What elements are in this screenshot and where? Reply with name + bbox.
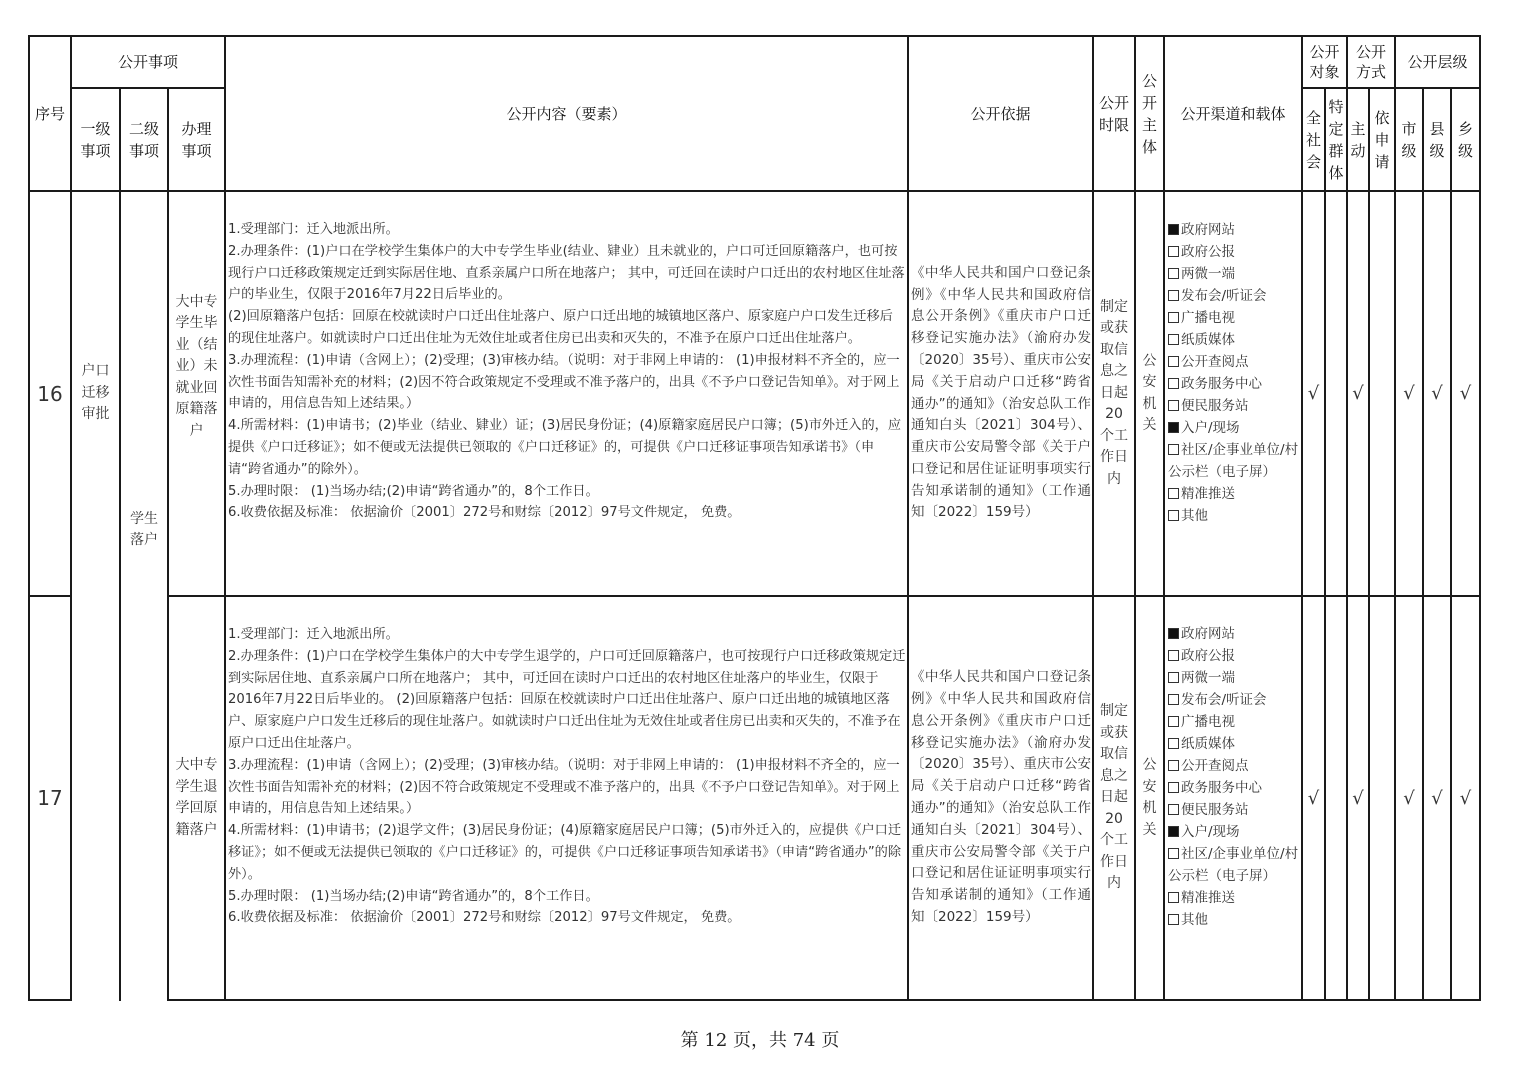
content-item: 3.办理流程：(1)申请（含网上）；(2)受理；(3)审核办结。（说明：对于非网… bbox=[228, 350, 906, 415]
unchecked-box-icon bbox=[1168, 782, 1179, 793]
channel-label: 纸质媒体 bbox=[1181, 332, 1235, 348]
row-target-specific bbox=[1326, 192, 1346, 595]
checked-box-icon bbox=[1168, 224, 1179, 235]
channel-item: 纸质媒体 bbox=[1168, 329, 1300, 351]
channel-label: 公开查阅点 bbox=[1181, 758, 1249, 774]
channel-item: 两微一端 bbox=[1168, 263, 1300, 285]
unchecked-box-icon bbox=[1168, 378, 1179, 389]
row-method-active: √ bbox=[1348, 597, 1368, 999]
row-handle: 大中专学生退学回原籍落户 bbox=[169, 597, 224, 999]
row-basis: 《中华人民共和国户口登记条例》《中华人民共和国政府信息公开条例》《重庆市户口迁移… bbox=[911, 597, 1091, 999]
row-method-active: √ bbox=[1348, 192, 1368, 595]
channel-label: 便民服务站 bbox=[1181, 802, 1249, 818]
header-basis: 公开依据 bbox=[909, 37, 1092, 190]
content-item: 3.办理流程：(1)申请（含网上）；(2)受理；(3)审核办结。（说明：对于非网… bbox=[228, 755, 906, 820]
row-target-specific bbox=[1326, 597, 1346, 999]
channel-label: 政府公报 bbox=[1181, 244, 1235, 260]
channel-item: 政务服务中心 bbox=[1168, 777, 1300, 799]
header-level1: 一级事项 bbox=[72, 89, 119, 190]
checked-box-icon bbox=[1168, 826, 1179, 837]
row-handle: 大中专学生毕业（结业）未就业回原籍落户 bbox=[169, 192, 224, 522]
header-level: 公开层级 bbox=[1396, 37, 1479, 87]
content-item: 4.所需材料：(1)申请书；(2)退学文件；(3)居民身份证；(4)原籍家庭居民… bbox=[228, 820, 906, 885]
unchecked-box-icon bbox=[1168, 488, 1179, 499]
channel-label: 便民服务站 bbox=[1181, 398, 1249, 414]
channel-list: 政府网站政府公报两微一端发布会/听证会广播电视纸质媒体公开查阅点政务服务中心便民… bbox=[1168, 219, 1300, 527]
content-item: 5.办理时限： (1)当场办结;(2)申请“跨省通办”的，8个工作日。 bbox=[228, 481, 906, 503]
header-level-county: 县级 bbox=[1424, 89, 1450, 190]
row-separator bbox=[167, 595, 1481, 597]
header-content: 公开内容（要素） bbox=[226, 37, 907, 190]
channel-item: 发布会/听证会 bbox=[1168, 689, 1300, 711]
channel-label: 其他 bbox=[1181, 508, 1208, 524]
unchecked-box-icon bbox=[1168, 356, 1179, 367]
channel-item: 社区/企事业单位/村公示栏（电子屏） bbox=[1168, 843, 1300, 887]
row-target-all: √ bbox=[1303, 597, 1324, 999]
channel-item: 两微一端 bbox=[1168, 667, 1300, 689]
channel-item: 政府公报 bbox=[1168, 241, 1300, 263]
header-target-specific: 特定群体 bbox=[1326, 89, 1346, 190]
row-channels: 政府网站政府公报两微一端发布会/听证会广播电视纸质媒体公开查阅点政务服务中心便民… bbox=[1168, 219, 1300, 589]
channel-item: 精准推送 bbox=[1168, 483, 1300, 505]
unchecked-box-icon bbox=[1168, 510, 1179, 521]
row-method-apply bbox=[1370, 597, 1394, 999]
unchecked-box-icon bbox=[1168, 444, 1179, 455]
content-item: 2.办理条件：(1)户口在学校学生集体户的大中专学生退学的，户口可迁回原籍落户，… bbox=[228, 646, 906, 755]
header-time-limit: 公开时限 bbox=[1094, 37, 1134, 190]
unchecked-box-icon bbox=[1168, 400, 1179, 411]
content-list: 1.受理部门：迁入地派出所。 2.办理条件：(1)户口在学校学生集体户的大中专学… bbox=[228, 624, 906, 929]
channel-item: 政府网站 bbox=[1168, 219, 1300, 241]
unchecked-box-icon bbox=[1168, 716, 1179, 727]
channel-item: 其他 bbox=[1168, 909, 1300, 931]
channel-label: 广播电视 bbox=[1181, 310, 1235, 326]
header-target: 公开对象 bbox=[1303, 37, 1346, 87]
checked-box-icon bbox=[1168, 628, 1179, 639]
channel-item: 发布会/听证会 bbox=[1168, 285, 1300, 307]
content-list: 1.受理部门：迁入地派出所。 2.办理条件：(1)户口在学校学生集体户的大中专学… bbox=[228, 219, 906, 524]
row-level-town: √ bbox=[1452, 192, 1479, 595]
row-channels: 政府网站政府公报两微一端发布会/听证会广播电视纸质媒体公开查阅点政务服务中心便民… bbox=[1168, 623, 1300, 993]
channel-item: 入户/现场 bbox=[1168, 417, 1300, 439]
channel-label: 公开查阅点 bbox=[1181, 354, 1249, 370]
disclosure-table: 序号 公开事项 一级事项 二级事项 办理事项 公开内容（要素） 公开依据 公开时… bbox=[0, 0, 1520, 1074]
unchecked-box-icon bbox=[1168, 914, 1179, 925]
table-border-bottom bbox=[167, 999, 1481, 1001]
channel-label: 发布会/听证会 bbox=[1181, 288, 1267, 304]
header-subject: 公开主体 bbox=[1136, 37, 1163, 190]
unchecked-box-icon bbox=[1168, 694, 1179, 705]
unchecked-box-icon bbox=[1168, 804, 1179, 815]
row-subject: 公安机关 bbox=[1136, 192, 1163, 595]
row-level1: 户口迁移审批 bbox=[72, 192, 119, 595]
channel-item: 政务服务中心 bbox=[1168, 373, 1300, 395]
row-level-county: √ bbox=[1424, 597, 1450, 999]
header-target-all: 全社会 bbox=[1303, 89, 1324, 190]
channel-label: 入户/现场 bbox=[1181, 420, 1240, 436]
unchecked-box-icon bbox=[1168, 246, 1179, 257]
table-border-bottom bbox=[28, 999, 72, 1001]
channel-item: 入户/现场 bbox=[1168, 821, 1300, 843]
checked-box-icon bbox=[1168, 422, 1179, 433]
unchecked-box-icon bbox=[1168, 268, 1179, 279]
unchecked-box-icon bbox=[1168, 312, 1179, 323]
row-seq: 17 bbox=[30, 597, 70, 999]
channel-label: 广播电视 bbox=[1181, 714, 1235, 730]
content-item: (2)回原籍落户包括：回原在校就读时户口迁出住址落户、原户口迁出地的城镇地区落户… bbox=[228, 306, 906, 350]
content-item: 5.办理时限： (1)当场办结;(2)申请“跨省通办”的，8个工作日。 bbox=[228, 886, 906, 908]
channel-item: 广播电视 bbox=[1168, 307, 1300, 329]
table-border-right bbox=[1479, 35, 1481, 1001]
channel-label: 发布会/听证会 bbox=[1181, 692, 1267, 708]
row-target-all: √ bbox=[1303, 192, 1324, 595]
header-method-active: 主动 bbox=[1348, 89, 1368, 190]
unchecked-box-icon bbox=[1168, 738, 1179, 749]
channel-label: 两微一端 bbox=[1181, 266, 1235, 282]
row-content: 1.受理部门：迁入地派出所。 2.办理条件：(1)户口在学校学生集体户的大中专学… bbox=[228, 624, 906, 994]
channel-item: 纸质媒体 bbox=[1168, 733, 1300, 755]
channel-label: 精准推送 bbox=[1181, 890, 1235, 906]
channel-label: 政务服务中心 bbox=[1181, 780, 1262, 796]
row-level-city: √ bbox=[1396, 192, 1422, 595]
unchecked-box-icon bbox=[1168, 848, 1179, 859]
row-level2: 学生落户 bbox=[121, 490, 167, 570]
row-basis: 《中华人民共和国户口登记条例》《中华人民共和国政府信息公开条例》《重庆市户口迁移… bbox=[911, 192, 1091, 595]
row-content: 1.受理部门：迁入地派出所。 2.办理条件：(1)户口在学校学生集体户的大中专学… bbox=[228, 219, 906, 589]
page-number: 第 12 页，共 74 页 bbox=[0, 1026, 1520, 1052]
channel-label: 社区/企事业单位/村公示栏（电子屏） bbox=[1168, 442, 1298, 480]
channel-item: 政府公报 bbox=[1168, 645, 1300, 667]
channel-item: 公开查阅点 bbox=[1168, 755, 1300, 777]
unchecked-box-icon bbox=[1168, 334, 1179, 345]
channel-label: 社区/企事业单位/村公示栏（电子屏） bbox=[1168, 846, 1298, 884]
channel-item: 便民服务站 bbox=[1168, 395, 1300, 417]
header-method: 公开方式 bbox=[1348, 37, 1394, 87]
header-bottom-line bbox=[28, 190, 1481, 192]
channel-label: 两微一端 bbox=[1181, 670, 1235, 686]
channel-item: 广播电视 bbox=[1168, 711, 1300, 733]
channel-item: 精准推送 bbox=[1168, 887, 1300, 909]
content-item: 6.收费依据及标准： 依据渝价〔2001〕272号和财综〔2012〕97号文件规… bbox=[228, 502, 906, 524]
header-level2: 二级事项 bbox=[121, 89, 167, 190]
channel-label: 政府公报 bbox=[1181, 648, 1235, 664]
channel-item: 公开查阅点 bbox=[1168, 351, 1300, 373]
row-method-apply bbox=[1370, 192, 1394, 595]
unchecked-box-icon bbox=[1168, 650, 1179, 661]
channel-list: 政府网站政府公报两微一端发布会/听证会广播电视纸质媒体公开查阅点政务服务中心便民… bbox=[1168, 623, 1300, 931]
channel-label: 政府网站 bbox=[1181, 626, 1235, 642]
row-seq: 16 bbox=[30, 192, 70, 595]
channel-label: 其他 bbox=[1181, 912, 1208, 928]
unchecked-box-icon bbox=[1168, 672, 1179, 683]
unchecked-box-icon bbox=[1168, 290, 1179, 301]
content-item: 1.受理部门：迁入地派出所。 bbox=[228, 219, 906, 241]
channel-item: 便民服务站 bbox=[1168, 799, 1300, 821]
channel-label: 政府网站 bbox=[1181, 222, 1235, 238]
header-channel: 公开渠道和载体 bbox=[1165, 37, 1301, 190]
header-public-items: 公开事项 bbox=[72, 37, 224, 87]
channel-label: 纸质媒体 bbox=[1181, 736, 1235, 752]
unchecked-box-icon bbox=[1168, 892, 1179, 903]
content-item: 6.收费依据及标准： 依据渝价〔2001〕272号和财综〔2012〕97号文件规… bbox=[228, 907, 906, 929]
channel-label: 政务服务中心 bbox=[1181, 376, 1262, 392]
channel-item: 社区/企事业单位/村公示栏（电子屏） bbox=[1168, 439, 1300, 483]
row-level-city: √ bbox=[1396, 597, 1422, 999]
row-time-limit: 制定或获取信息之日起20个工作日内 bbox=[1094, 192, 1134, 595]
header-level-town: 乡级 bbox=[1452, 89, 1479, 190]
unchecked-box-icon bbox=[1168, 760, 1179, 771]
content-item: 1.受理部门：迁入地派出所。 bbox=[228, 624, 906, 646]
content-item: 4.所需材料：(1)申请书；(2)毕业（结业、肄业）证；(3)居民身份证；(4)… bbox=[228, 415, 906, 480]
header-level-city: 市级 bbox=[1396, 89, 1422, 190]
row-time-limit: 制定或获取信息之日起20个工作日内 bbox=[1094, 597, 1134, 999]
header-seq: 序号 bbox=[30, 37, 70, 190]
row-level-county: √ bbox=[1424, 192, 1450, 595]
row-subject: 公安机关 bbox=[1136, 597, 1163, 999]
channel-label: 入户/现场 bbox=[1181, 824, 1240, 840]
channel-item: 政府网站 bbox=[1168, 623, 1300, 645]
channel-label: 精准推送 bbox=[1181, 486, 1235, 502]
header-handle: 办理事项 bbox=[169, 89, 224, 190]
channel-item: 其他 bbox=[1168, 505, 1300, 527]
row-level-town: √ bbox=[1452, 597, 1479, 999]
content-item: 2.办理条件：(1)户口在学校学生集体户的大中专学生毕业(结业、肄业）且未就业的… bbox=[228, 241, 906, 306]
header-method-apply: 依申请 bbox=[1370, 89, 1394, 190]
